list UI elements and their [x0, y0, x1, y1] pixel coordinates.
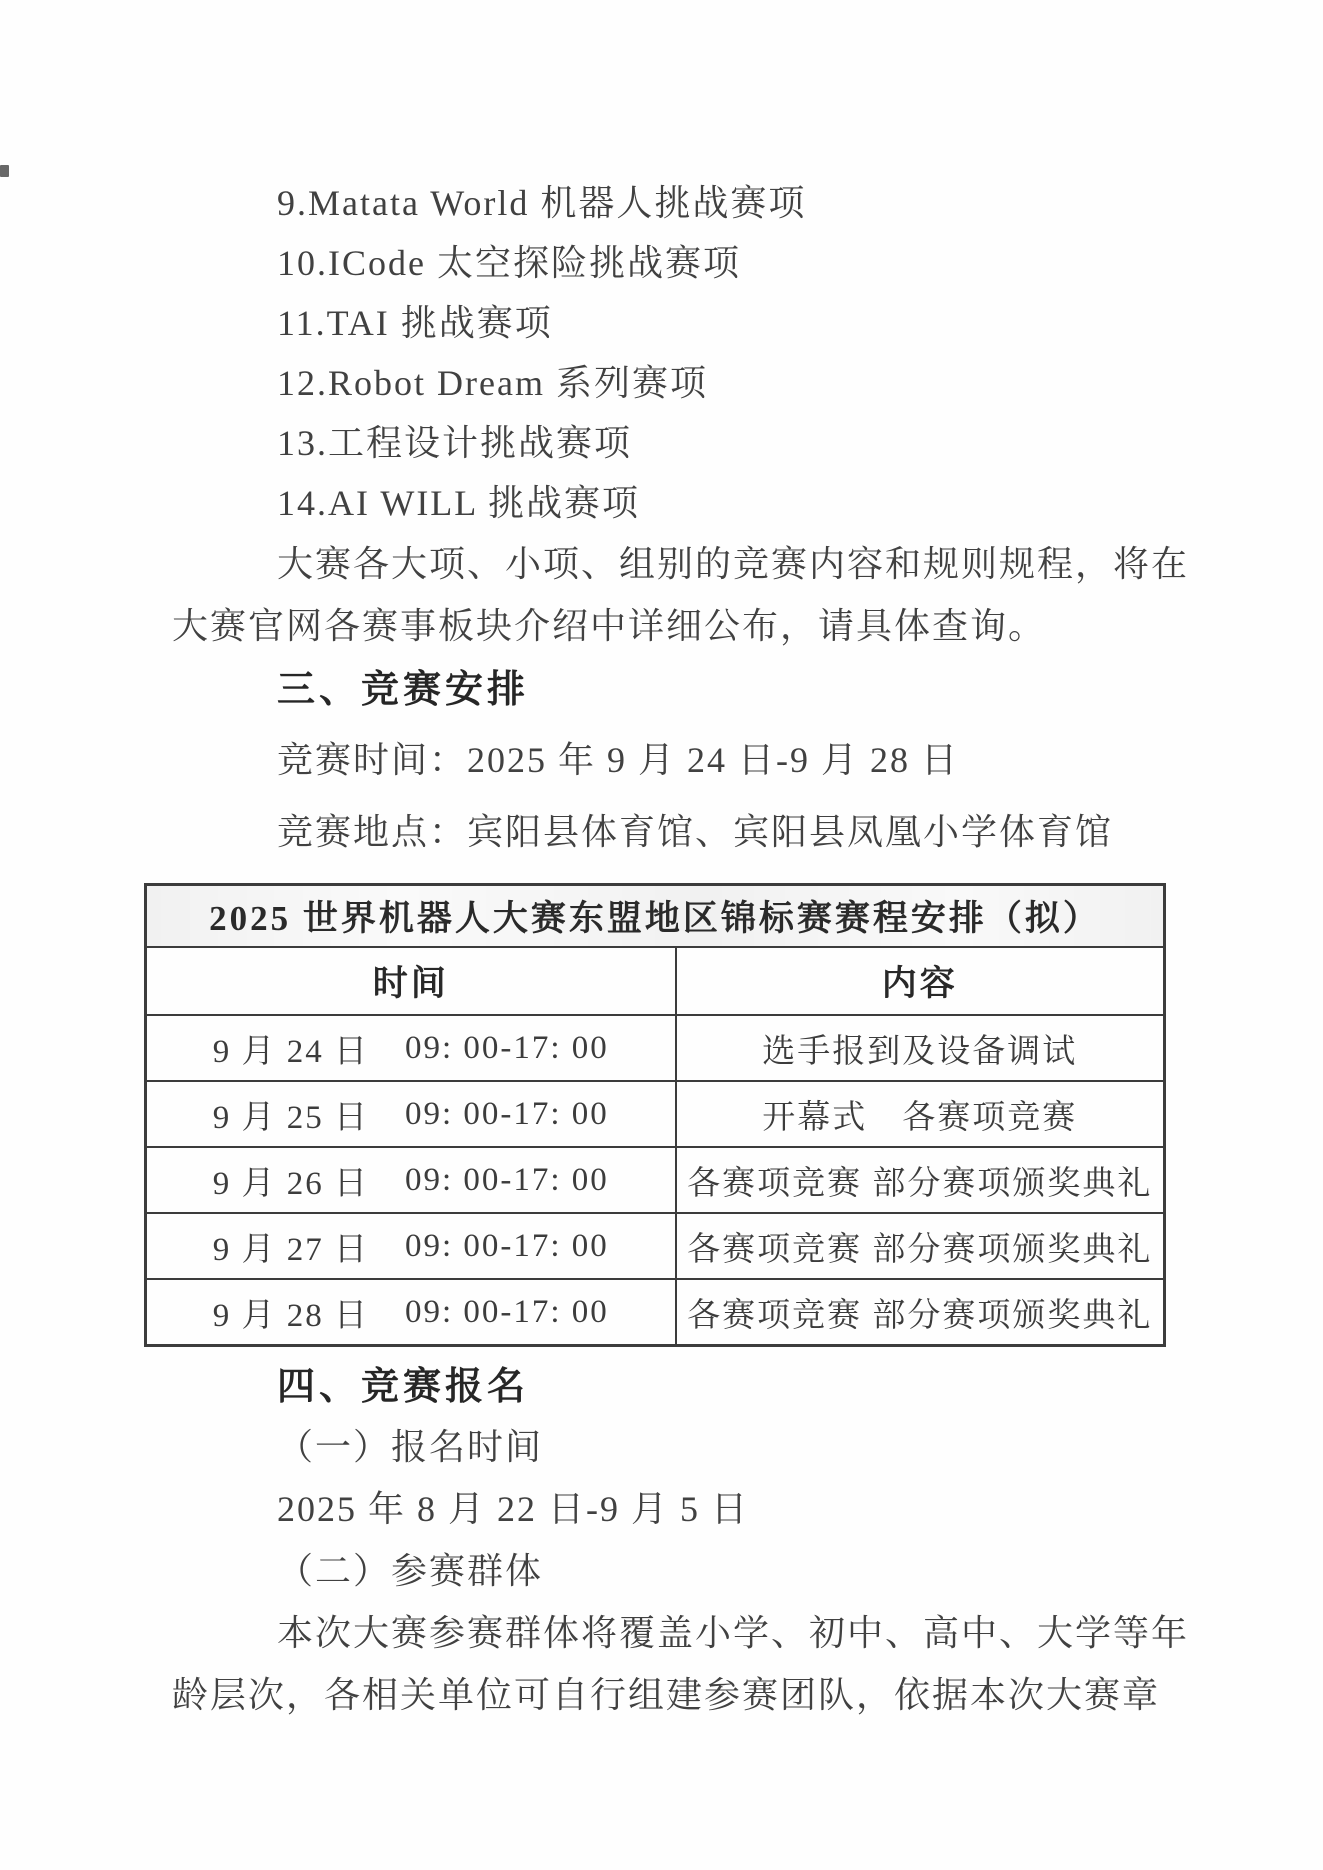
time-cell: 9 月 24 日 09: 00-17: 00: [146, 1015, 676, 1081]
list-item-12: 12.Robot Dream 系列赛项: [172, 350, 1163, 410]
table-row-sep25: 9 月 25 日 09: 00-17: 00 开幕式 各赛项竞赛: [146, 1081, 1165, 1147]
time-cell: 9 月 27 日 09: 00-17: 00: [146, 1213, 676, 1279]
date-value: 9 月 25 日: [213, 1091, 369, 1138]
list-item-14: 14.AI WILL 挑战赛项: [172, 470, 1163, 530]
date-value: 9 月 28 日: [213, 1289, 369, 1336]
competition-location-line: 竞赛地点：宾阳县体育馆、宾阳县凤凰小学体育馆: [172, 798, 1163, 860]
table-row-sep28: 9 月 28 日 09: 00-17: 00 各赛项竞赛 部分赛项颁奖典礼: [146, 1279, 1165, 1346]
competition-time-line: 竞赛时间：2025 年 9 月 24 日-9 月 28 日: [172, 726, 1163, 788]
time-value: 09: 00-17: 00: [405, 1228, 609, 1265]
sub-heading-participants: （二）参赛群体: [172, 1537, 1163, 1599]
date-value: 9 月 26 日: [213, 1157, 369, 1204]
table-row-sep26: 9 月 26 日 09: 00-17: 00 各赛项竞赛 部分赛项颁奖典礼: [146, 1147, 1165, 1213]
schedule-table-header-row: 时间 内容: [146, 947, 1165, 1015]
participants-line-1: 本次大赛参赛群体将覆盖小学、初中、高中、大学等年: [172, 1599, 1163, 1661]
list-item-10: 10.ICode 太空探险挑战赛项: [172, 230, 1163, 290]
time-cell: 9 月 28 日 09: 00-17: 00: [146, 1279, 676, 1346]
date-value: 9 月 27 日: [213, 1223, 369, 1270]
content-cell: 选手报到及设备调试: [676, 1015, 1165, 1081]
table-row-sep27: 9 月 27 日 09: 00-17: 00 各赛项竞赛 部分赛项颁奖典礼: [146, 1213, 1165, 1279]
document-body: 9.Matata World 机器人挑战赛项 10.ICode 太空探险挑战赛项…: [172, 170, 1163, 1723]
registration-period-line: 2025 年 8 月 22 日-9 月 5 日: [172, 1475, 1163, 1537]
content-cell: 各赛项竞赛 部分赛项颁奖典礼: [676, 1213, 1165, 1279]
content-cell: 开幕式 各赛项竞赛: [676, 1081, 1165, 1147]
col-header-content: 内容: [676, 947, 1165, 1015]
time-value: 09: 00-17: 00: [405, 1030, 609, 1067]
content-cell: 各赛项竞赛 部分赛项颁奖典礼: [676, 1147, 1165, 1213]
schedule-table-title: 2025 世界机器人大赛东盟地区锦标赛赛程安排（拟）: [146, 885, 1165, 948]
content-cell: 各赛项竞赛 部分赛项颁奖典礼: [676, 1279, 1165, 1346]
participants-line-2: 龄层次，各相关单位可自行组建参赛团队，依据本次大赛章: [172, 1661, 1163, 1723]
table-row-sep24: 9 月 24 日 09: 00-17: 00 选手报到及设备调试: [146, 1015, 1165, 1081]
intro-line-1: 大赛各大项、小项、组别的竞赛内容和规则规程，将在: [172, 530, 1163, 592]
date-value: 9 月 24 日: [213, 1025, 369, 1072]
time-value: 09: 00-17: 00: [405, 1096, 609, 1133]
section-3-heading: 三、竞赛安排: [172, 654, 1163, 716]
col-header-time: 时间: [146, 947, 676, 1015]
list-item-13: 13.工程设计挑战赛项: [172, 410, 1163, 470]
sub-heading-registration-time: （一）报名时间: [172, 1413, 1163, 1475]
schedule-table: 2025 世界机器人大赛东盟地区锦标赛赛程安排（拟） 时间 内容 9 月 24 …: [144, 883, 1166, 1347]
time-value: 09: 00-17: 00: [405, 1162, 609, 1199]
scanned-document-page: 9.Matata World 机器人挑战赛项 10.ICode 太空探险挑战赛项…: [0, 0, 1323, 1870]
list-item-9: 9.Matata World 机器人挑战赛项: [172, 170, 1163, 230]
schedule-table-title-row: 2025 世界机器人大赛东盟地区锦标赛赛程安排（拟）: [146, 885, 1165, 948]
scan-artifact-mark: [0, 165, 9, 177]
time-value: 09: 00-17: 00: [405, 1294, 609, 1331]
time-cell: 9 月 26 日 09: 00-17: 00: [146, 1147, 676, 1213]
section-4-heading: 四、竞赛报名: [172, 1351, 1163, 1413]
list-item-11: 11.TAI 挑战赛项: [172, 290, 1163, 350]
intro-line-2: 大赛官网各赛事板块介绍中详细公布，请具体查询。: [172, 592, 1163, 654]
time-cell: 9 月 25 日 09: 00-17: 00: [146, 1081, 676, 1147]
